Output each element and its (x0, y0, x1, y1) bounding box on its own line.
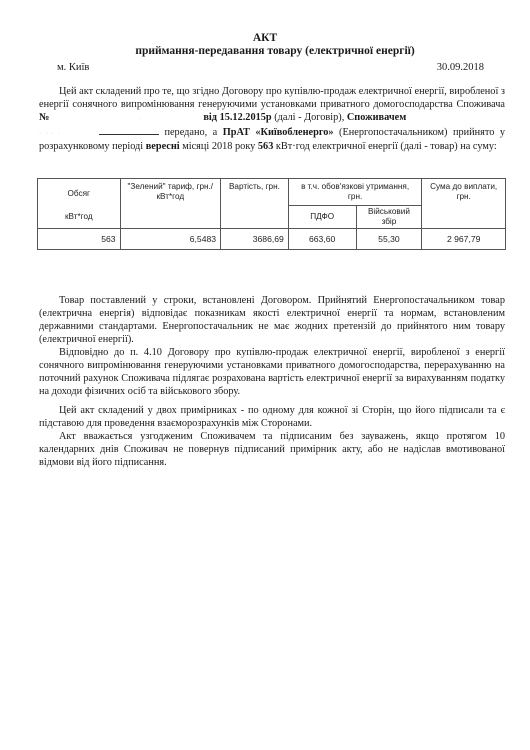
cell-total: 2 967,79 (422, 229, 506, 250)
signature-line (99, 126, 159, 135)
document-title: АКТ (0, 32, 530, 45)
act-table: Обсяг кВт*год "Зелений" тариф, грн./кВт*… (37, 178, 506, 250)
paragraph-intro: Цей акт складений про те, що згідно Дого… (39, 86, 505, 154)
document-subtitle: приймання-передавання товару (електрично… (0, 45, 530, 58)
paragraph-payment: Відповідно до п. 4.10 Договору про купів… (39, 347, 505, 399)
table-header-row: Обсяг кВт*год "Зелений" тариф, грн./кВт*… (38, 179, 506, 206)
header-cost: Вартість, грн. (221, 179, 289, 229)
document-city: м. Київ (57, 61, 89, 74)
document-date: 30.09.2018 (437, 61, 484, 74)
table-row: 563 6,5483 3686,69 663,60 55,30 2 967,79 (38, 229, 506, 250)
header-tariff: "Зелений" тариф, грн./кВт*год (120, 179, 220, 229)
header-deductions: в т.ч. обов'язкові утримання, грн. (288, 179, 422, 206)
supplier-name: ПрАТ «Київобленерго» (223, 127, 334, 138)
paragraph-approval: Акт вважається узгодженим Споживачем та … (39, 431, 505, 470)
cell-tariff: 6,5483 (120, 229, 220, 250)
intro-text-3: передано, а (159, 127, 223, 138)
contract-number-redacted (49, 113, 119, 126)
header-military: Військовий збір (356, 205, 422, 228)
contract-number-label: № (39, 112, 49, 123)
intro-text-6: кВт·год електричної енергії (далі - това… (273, 141, 496, 152)
header-volume-label: Обсяг (42, 189, 116, 199)
intro-text-5: місяці 2018 року (180, 141, 258, 152)
consumer-name-redacted: · ·· · (39, 128, 89, 141)
paragraph-quality: Товар поставлений у строки, встановлені … (39, 295, 505, 347)
cell-cost: 3686,69 (221, 229, 289, 250)
cell-pdfo: 663,60 (288, 229, 356, 250)
consumer-label: Споживачем (347, 112, 406, 123)
header-pdfo: ПДФО (288, 205, 356, 228)
contract-date: від 15.12.2015р (203, 112, 271, 123)
document-page: АКТ приймання-передавання товару (електр… (0, 0, 530, 750)
energy-volume: 563 (258, 141, 273, 152)
header-volume-unit: кВт*год (42, 212, 116, 222)
billing-month: вересні (146, 141, 180, 152)
header-total: Сума до виплати, грн. (422, 179, 506, 229)
redaction-mark: · (119, 113, 143, 126)
intro-text-1: Цей акт складений про те, що згідно Дого… (39, 86, 505, 110)
cell-military: 55,30 (356, 229, 422, 250)
intro-text-2: (далі - Договір), (272, 112, 347, 123)
paragraph-copies: Цей акт складений у двох примірниках - п… (39, 405, 505, 431)
cell-volume: 563 (38, 229, 121, 250)
header-volume: Обсяг кВт*год (38, 179, 121, 229)
